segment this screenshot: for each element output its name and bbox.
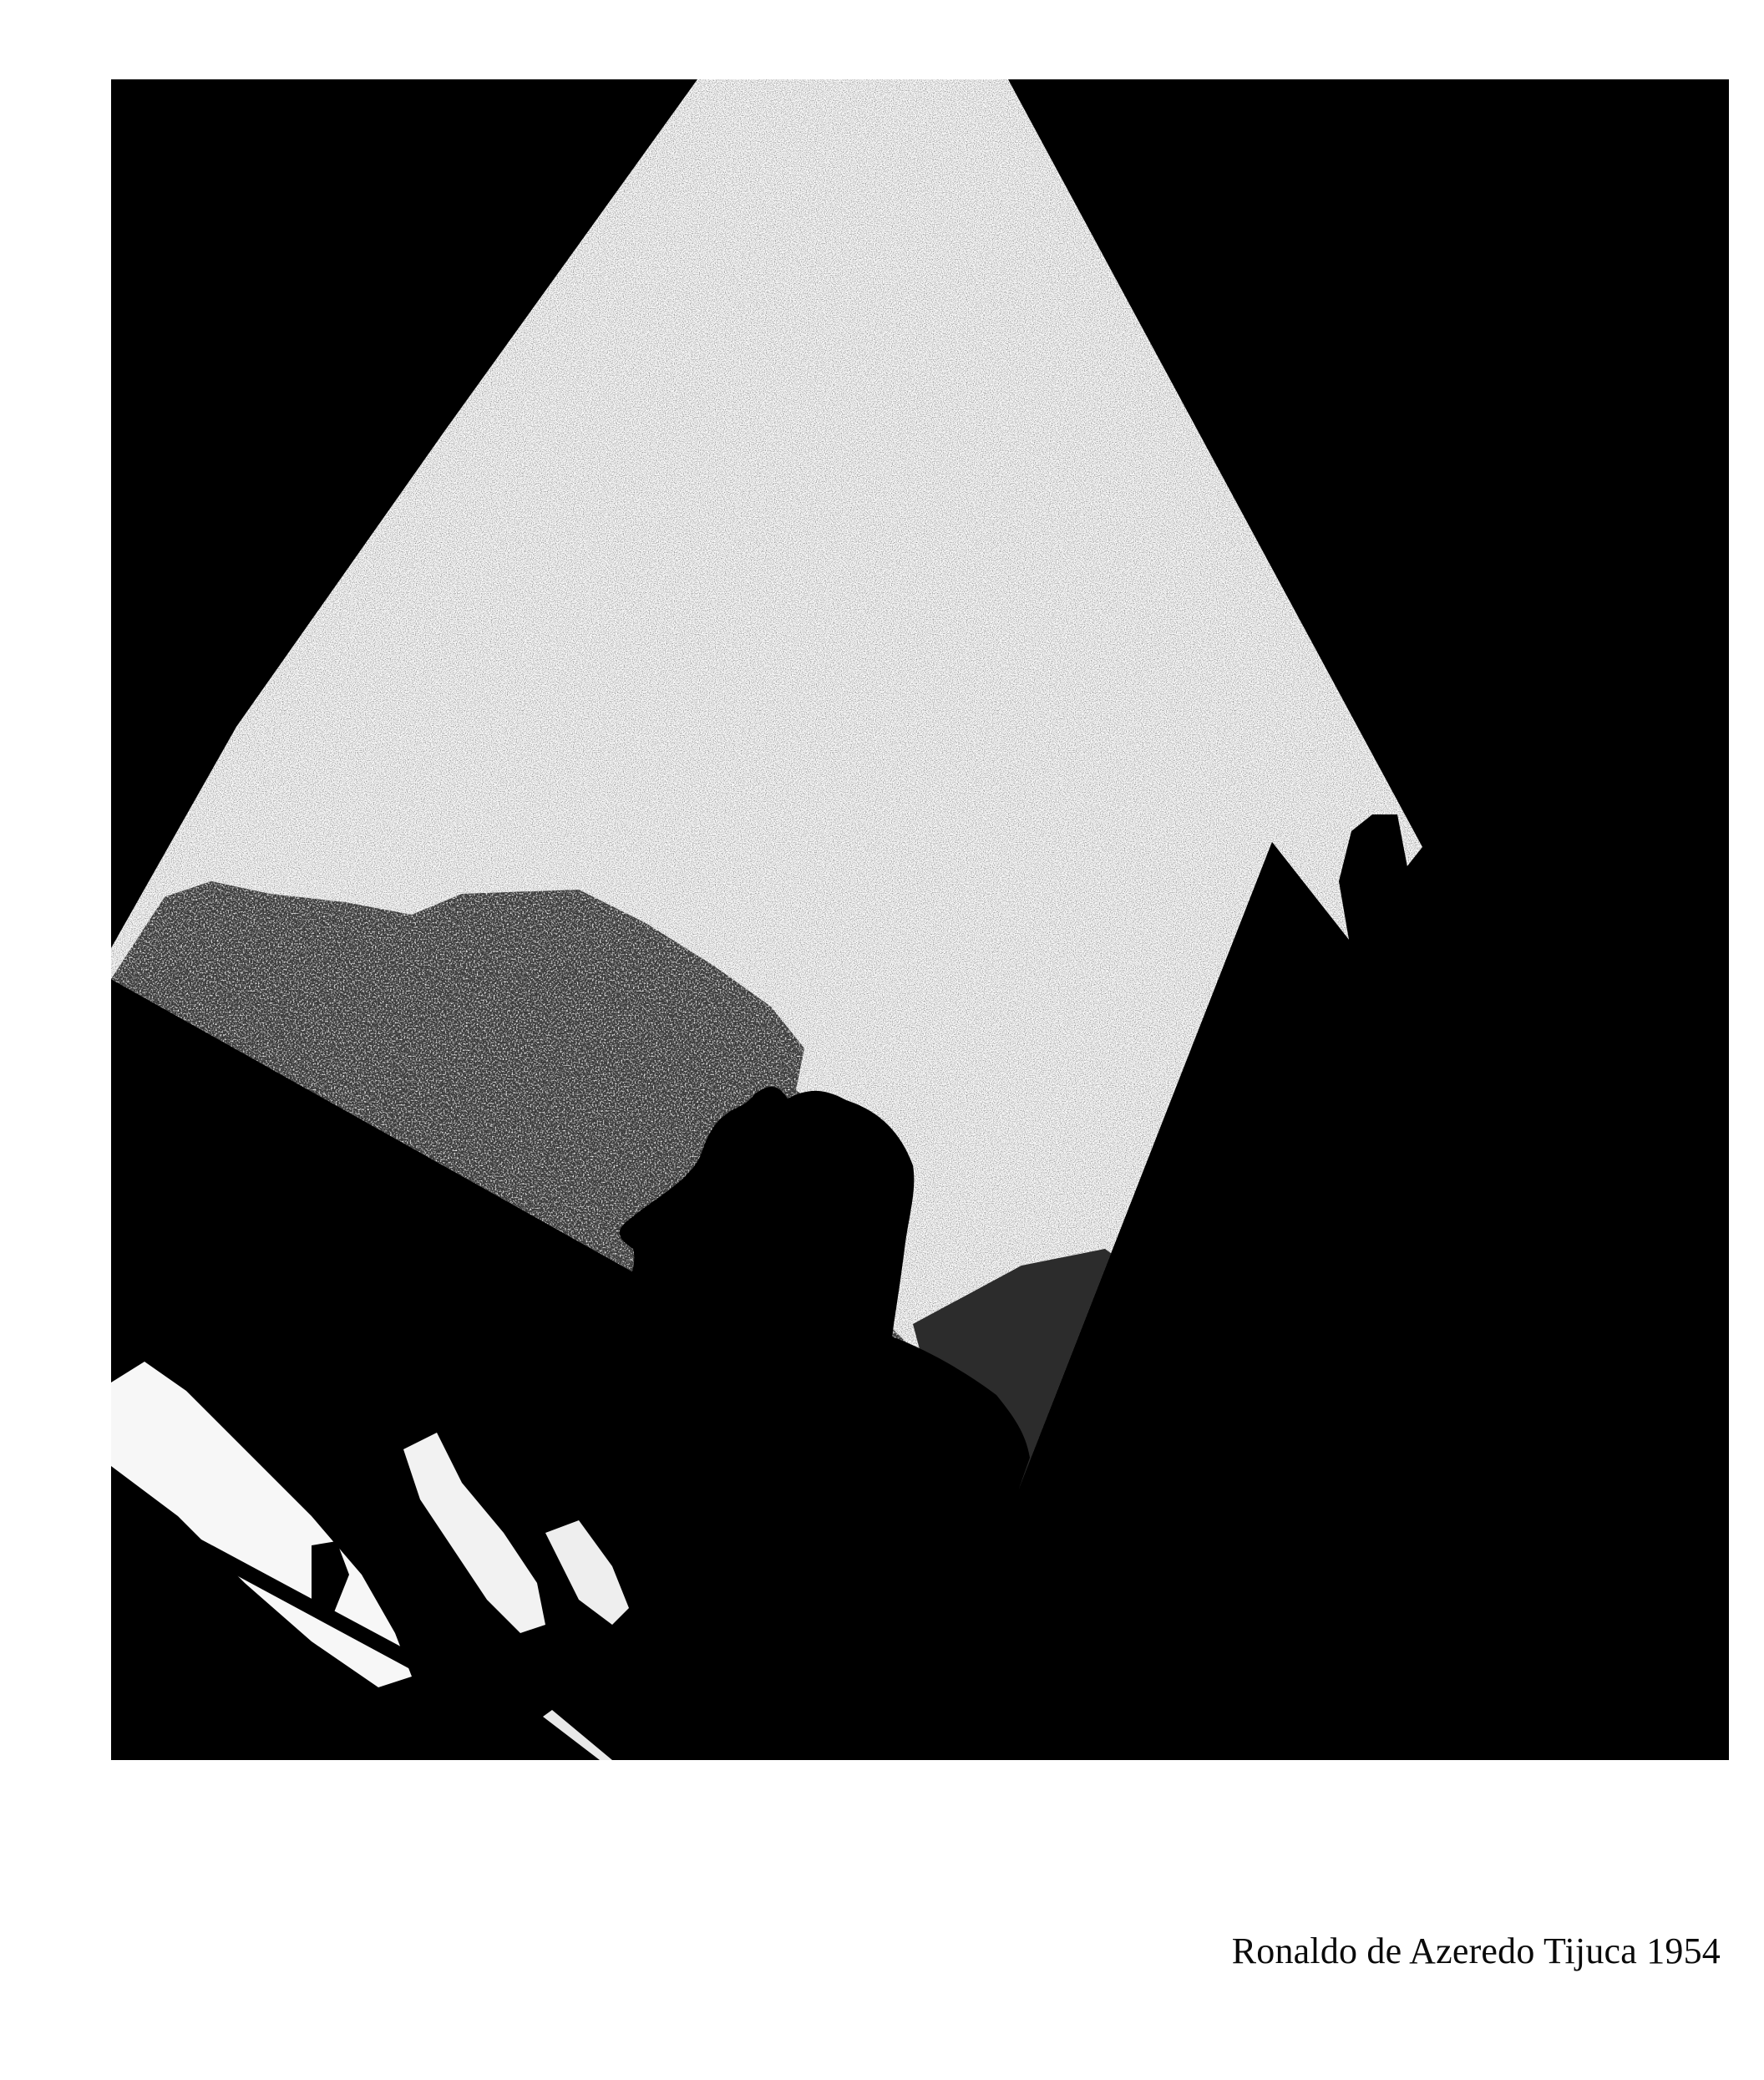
photograph-artwork xyxy=(111,79,1729,1760)
photograph xyxy=(111,79,1729,1760)
page: Ronaldo de Azeredo Tijuca 1954 xyxy=(0,0,1764,2080)
photo-caption: Ronaldo de Azeredo Tijuca 1954 xyxy=(1232,1930,1721,1972)
